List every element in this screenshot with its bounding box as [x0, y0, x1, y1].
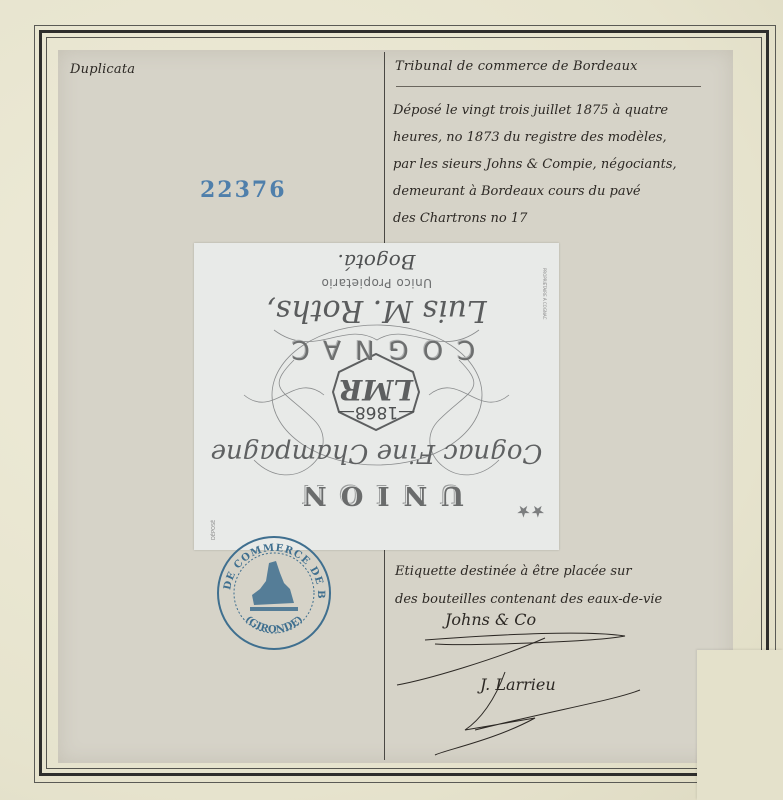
- signatures: Johns & Co J. Larrieu: [385, 600, 715, 770]
- label-brand: UNION: [194, 480, 559, 510]
- label-city: Bogotá.: [194, 250, 559, 274]
- deposit-line: par les sieurs Johns & Compie, négociant…: [393, 151, 677, 178]
- deposit-line: heures, no 1873 du registre des modèles,: [393, 124, 677, 151]
- deposit-line: Déposé le vingt trois juillet 1875 à qua…: [393, 97, 677, 124]
- label-printer-mark: PROPRIÉTAIRE À COGNAC: [542, 268, 547, 319]
- deposit-line: des Chartrons no 17: [393, 205, 677, 232]
- label-owner-title: Unico Propietario: [194, 276, 559, 290]
- label-rotated-content: LMR UNION Cognac Fine Champagne —1868— C…: [194, 243, 559, 550]
- registration-number-stamp: 22376: [200, 177, 287, 203]
- svg-text:(GIRONDE): (GIRONDE): [243, 614, 306, 636]
- deposit-note: Déposé le vingt trois juillet 1875 à qua…: [393, 97, 677, 232]
- label-product: COGNAC: [194, 334, 559, 364]
- svg-text:Johns & Co: Johns & Co: [442, 610, 536, 629]
- tribunal-seal-stamp-icon: TRIBUNAL DE COMMERCE DE BORDEAUX (GIROND…: [214, 533, 334, 653]
- label-year: —1868—: [194, 402, 559, 422]
- annotation-line: Etiquette destinée à être placée sur: [395, 558, 662, 586]
- svg-text:J. Larrieu: J. Larrieu: [477, 675, 556, 694]
- star-icon: ★★: [516, 502, 545, 520]
- label-script-line: Cognac Fine Champagne: [194, 438, 559, 468]
- tribunal-header: Tribunal de commerce de Bordeaux: [395, 59, 638, 74]
- duplicate-mark: Duplicata: [70, 62, 135, 77]
- paper-patch: [697, 650, 783, 800]
- label-owner: Luis M. Roths,: [194, 293, 559, 328]
- cognac-label: LMR UNION Cognac Fine Champagne —1868— C…: [194, 243, 559, 550]
- header-underline: [396, 86, 701, 87]
- deposit-line: demeurant à Bordeaux cours du pavé: [393, 178, 677, 205]
